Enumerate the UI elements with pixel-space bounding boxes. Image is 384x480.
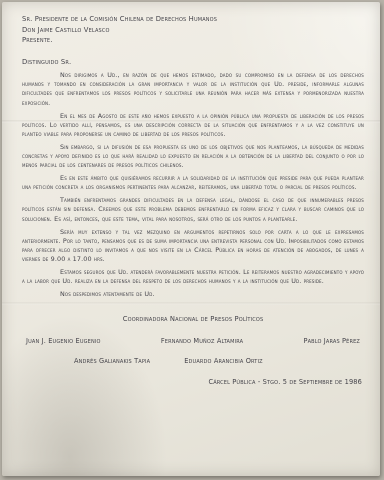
signatory: Fernando Muñoz Altamira xyxy=(161,337,243,346)
recipient-name: Don Jaime Castillo Velasco xyxy=(22,25,364,36)
paragraph-3: Sin embargo, si la difusión de esa propu… xyxy=(22,143,364,170)
paragraph-1: Nos dirigimos a Ud., en razón de que hem… xyxy=(22,71,364,107)
closing-line: Nos despedimos atentamente de Ud. xyxy=(60,290,364,299)
paragraph-2: En el mes de Agosto de este año hemos ex… xyxy=(22,112,364,139)
signature-row-1: Juan J. Eugenio Eugenio Fernando Muñoz A… xyxy=(22,337,364,346)
salutation: Distinguido Sr. xyxy=(22,58,364,68)
organization-name: Coordinadora Nacional de Presos Político… xyxy=(22,315,364,325)
recipient-presente: Presente. xyxy=(22,35,364,46)
paragraph-4: Es en este ámbito que quisiéramos recurr… xyxy=(22,174,364,192)
signatory: Andrés Galianakis Tapia xyxy=(74,357,150,366)
scanned-letter-viewport: Sr. Presidente de la Comisión Chilena de… xyxy=(0,0,384,480)
signatory: Eduardo Arancibia Ortiz xyxy=(184,357,263,366)
letter-paper: Sr. Presidente de la Comisión Chilena de… xyxy=(2,2,380,476)
paragraph-6: Sería muy extenso y tal vez mezquino en … xyxy=(22,228,364,264)
recipient-title: Sr. Presidente de la Comisión Chilena de… xyxy=(22,14,364,25)
place-and-date: Cárcel Pública - Stgo. 5 de Septiembre d… xyxy=(22,378,364,387)
signature-row-2: Andrés Galianakis Tapia Eduardo Arancibi… xyxy=(22,357,364,366)
signatory: Juan J. Eugenio Eugenio xyxy=(26,337,101,346)
letter-body: Nos dirigimos a Ud., en razón de que hem… xyxy=(22,71,364,286)
letter-content: Sr. Presidente de la Comisión Chilena de… xyxy=(22,14,364,387)
paragraph-7: Estamos seguros que Ud. atenderá favorab… xyxy=(22,268,364,286)
signatory: Pablo Jaras Pérez xyxy=(303,337,360,346)
paragraph-5: También enfrentamos grandes dificultades… xyxy=(22,196,364,223)
recipient-block: Sr. Presidente de la Comisión Chilena de… xyxy=(22,14,364,46)
